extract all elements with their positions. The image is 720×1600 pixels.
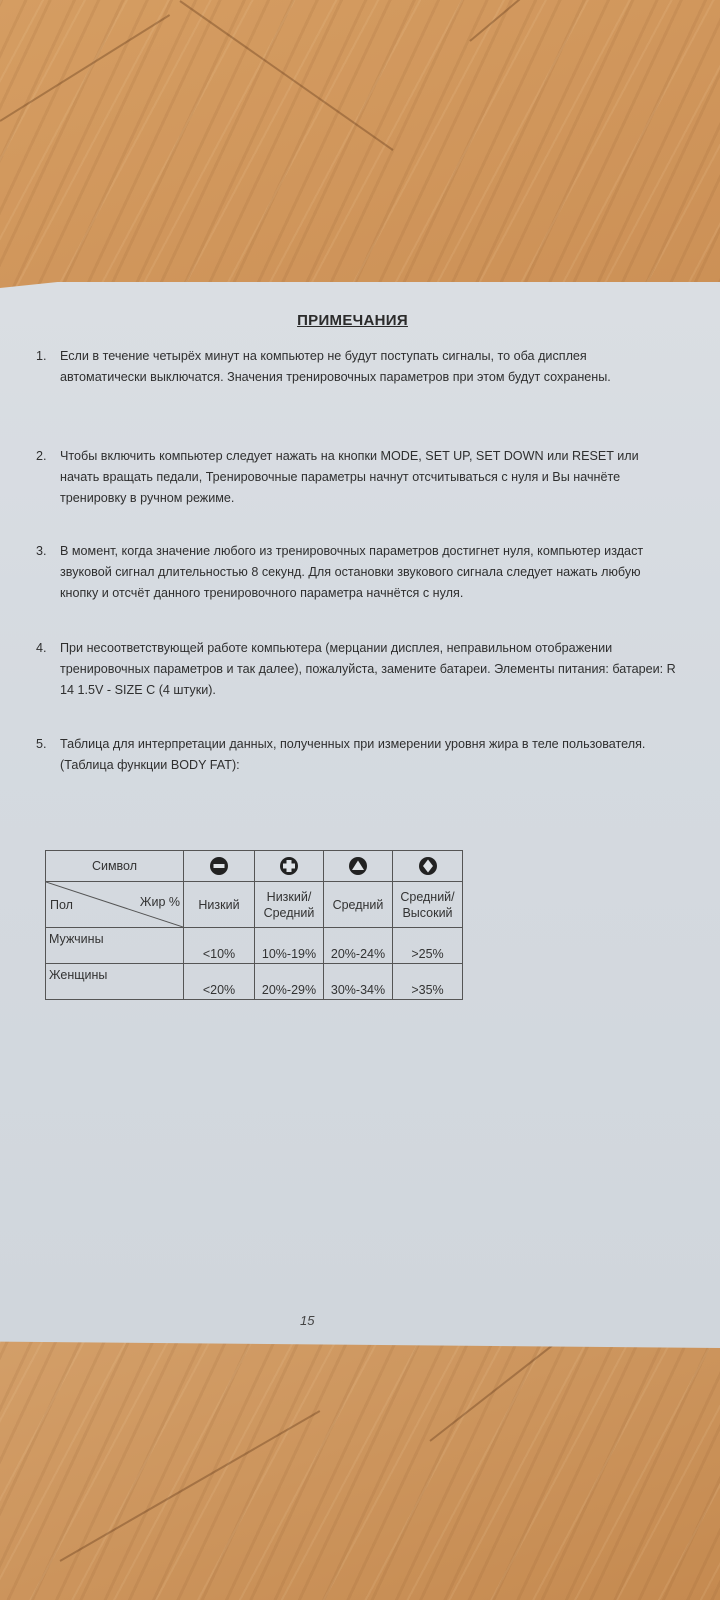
note-text: В момент, когда значение любого из трени… [60, 541, 676, 604]
document-page: ПРИМЕЧАНИЯ 1. Если в течение четырёх мин… [0, 282, 720, 1348]
table-cell: 30%-34% [324, 964, 393, 1000]
table-cell: <10% [184, 928, 255, 964]
sex-fat-header: Пол Жир % [46, 882, 184, 928]
plank-seam [0, 14, 170, 122]
diamond-circle-icon [418, 856, 438, 876]
row-label-men: Мужчины [46, 928, 184, 964]
table-cell: 10%-19% [255, 928, 324, 964]
page-number: 15 [300, 1313, 314, 1328]
plus-circle-icon [279, 856, 299, 876]
row-label-women: Женщины [46, 964, 184, 1000]
sex-label: Пол [50, 897, 73, 913]
plank-seam [179, 0, 393, 151]
note-number: 5. [36, 734, 60, 776]
note-item: 4. При несоответствующей работе компьюте… [36, 638, 676, 701]
fat-percent-label: Жир % [140, 894, 180, 910]
table-cell: 20%-29% [255, 964, 324, 1000]
table-cell: >35% [393, 964, 463, 1000]
level-header-row: Пол Жир % Низкий Низкий/ Средний Средний… [46, 882, 463, 928]
note-text: При несоответствующей работе компьютера … [60, 638, 676, 701]
note-number: 1. [36, 346, 60, 388]
table-cell: <20% [184, 964, 255, 1000]
note-item: 5. Таблица для интерпретации данных, пол… [36, 734, 676, 776]
level-header: Низкий [184, 882, 255, 928]
page-title: ПРИМЕЧАНИЯ [0, 312, 705, 329]
note-number: 2. [36, 446, 60, 509]
note-text: Чтобы включить компьютер следует нажать … [60, 446, 676, 509]
note-item: 2. Чтобы включить компьютер следует нажа… [36, 446, 676, 509]
note-number: 4. [36, 638, 60, 701]
symbol-label: Символ [46, 851, 184, 882]
note-item: 3. В момент, когда значение любого из тр… [36, 541, 676, 604]
symbol-row: Символ [46, 851, 463, 882]
table-cell: >25% [393, 928, 463, 964]
note-text: Если в течение четырёх минут на компьюте… [60, 346, 676, 388]
level-header: Средний/ Высокий [393, 882, 463, 928]
level-header: Низкий/ Средний [255, 882, 324, 928]
table-row: Женщины <20% 20%-29% 30%-34% >35% [46, 964, 463, 1000]
note-text: Таблица для интерпретации данных, получе… [60, 734, 676, 776]
triangle-circle-icon [348, 856, 368, 876]
level-header: Средний [324, 882, 393, 928]
plank-seam [469, 0, 669, 42]
table-cell: 20%-24% [324, 928, 393, 964]
note-number: 3. [36, 541, 60, 604]
note-item: 1. Если в течение четырёх минут на компь… [36, 346, 676, 388]
plank-seam [60, 1410, 321, 1562]
minus-circle-icon [209, 856, 229, 876]
body-fat-table: Символ [45, 850, 463, 1000]
table-row: Мужчины <10% 10%-19% 20%-24% >25% [46, 928, 463, 964]
